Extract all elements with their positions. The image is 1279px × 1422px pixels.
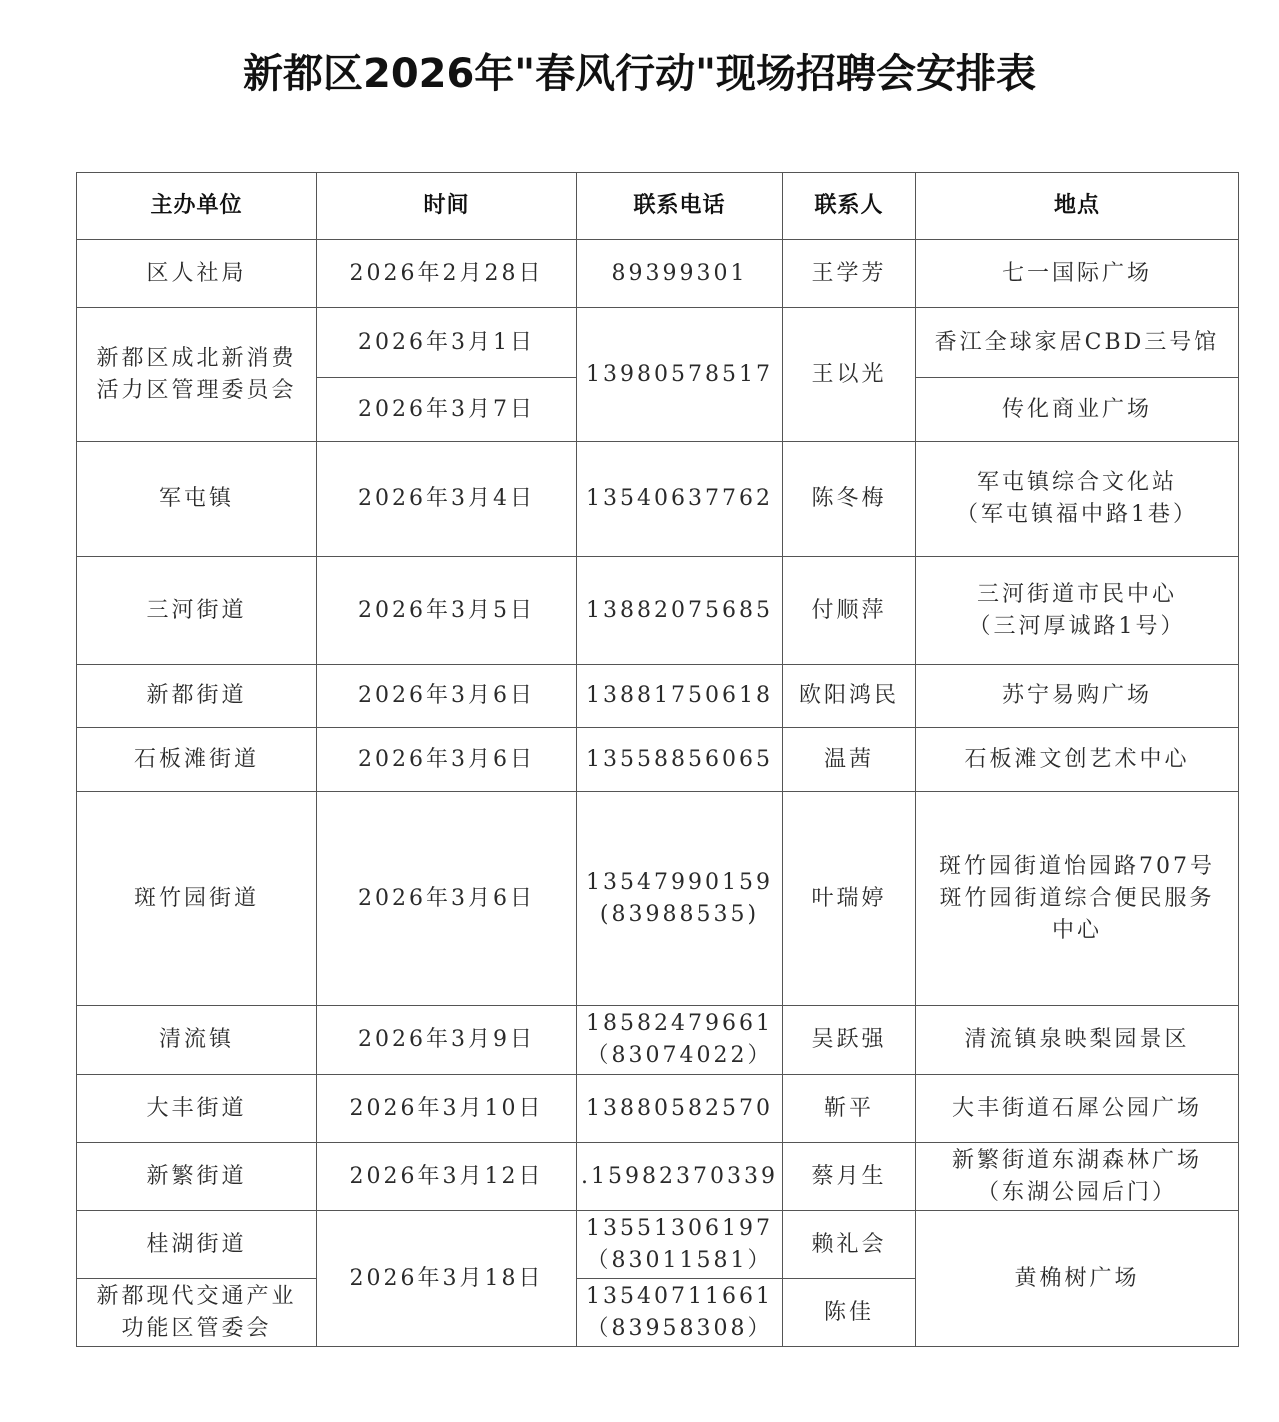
location-line: （东湖公园后门） <box>920 1177 1234 1209</box>
table-row: 区人社局 2026年2月28日 89399301 王学芳 七一国际广场 <box>77 240 1239 308</box>
location-line: 中心 <box>920 915 1234 947</box>
date-cell: 2026年3月5日 <box>317 557 577 665</box>
phone-line: （83011581） <box>581 1245 778 1277</box>
organizer-cell: 新都区成北新消费活力区管理委员会 <box>77 308 317 442</box>
phone-cell: 13880582570 <box>577 1075 783 1143</box>
location-cell: 香江全球家居CBD三号馆 <box>915 308 1238 378</box>
phone-cell: 13547990159 (83988535) <box>577 792 783 1006</box>
organizer-cell: 军屯镇 <box>77 442 317 557</box>
table-row: 新都街道 2026年3月6日 13881750618 欧阳鸿民 苏宁易购广场 <box>77 665 1239 728</box>
header-organizer: 主办单位 <box>77 173 317 240</box>
table-row: 石板滩街道 2026年3月6日 13558856065 温茜 石板滩文创艺术中心 <box>77 728 1239 792</box>
organizer-line: 新都现代交通产业 <box>81 1281 312 1313</box>
contact-cell: 王以光 <box>782 308 915 442</box>
date-cell: 2026年3月18日 <box>317 1211 577 1347</box>
location-line: 新繁街道东湖森林广场 <box>920 1145 1234 1177</box>
date-cell: 2026年3月9日 <box>317 1006 577 1075</box>
phone-line: 13551306197 <box>581 1213 778 1245</box>
location-line: 三河街道市民中心 <box>920 579 1234 611</box>
date-cell: 2026年3月7日 <box>317 378 577 442</box>
date-cell: 2026年3月4日 <box>317 442 577 557</box>
contact-cell: 赖礼会 <box>782 1211 915 1279</box>
location-cell: 军屯镇综合文化站 （军屯镇福中路1巷） <box>915 442 1238 557</box>
organizer-cell: 新都现代交通产业 功能区管委会 <box>77 1279 317 1347</box>
location-cell: 黄桷树广场 <box>915 1211 1238 1347</box>
table-row: 斑竹园街道 2026年3月6日 13547990159 (83988535) 叶… <box>77 792 1239 1006</box>
table-row: 大丰街道 2026年3月10日 13880582570 靳平 大丰街道石犀公园广… <box>77 1075 1239 1143</box>
location-cell: 苏宁易购广场 <box>915 665 1238 728</box>
phone-cell: 13980578517 <box>577 308 783 442</box>
organizer-cell: 石板滩街道 <box>77 728 317 792</box>
organizer-cell: 清流镇 <box>77 1006 317 1075</box>
contact-cell: 靳平 <box>782 1075 915 1143</box>
phone-line: 13540711661 <box>581 1281 778 1313</box>
location-line: 斑竹园街道怡园路707号 <box>920 851 1234 883</box>
header-date: 时间 <box>317 173 577 240</box>
date-cell: 2026年3月12日 <box>317 1143 577 1211</box>
schedule-table: 主办单位 时间 联系电话 联系人 地点 区人社局 2026年2月28日 8939… <box>76 172 1239 1347</box>
organizer-cell: 斑竹园街道 <box>77 792 317 1006</box>
location-cell: 新繁街道东湖森林广场 （东湖公园后门） <box>915 1143 1238 1211</box>
location-cell: 斑竹园街道怡园路707号 斑竹园街道综合便民服务 中心 <box>915 792 1238 1006</box>
organizer-cell: 新都街道 <box>77 665 317 728</box>
phone-line: （83074022） <box>581 1040 778 1072</box>
contact-cell: 温茜 <box>782 728 915 792</box>
phone-line: （83958308） <box>581 1313 778 1345</box>
table-header-row: 主办单位 时间 联系电话 联系人 地点 <box>77 173 1239 240</box>
phone-line: 18582479661 <box>581 1008 778 1040</box>
phone-cell: 18582479661 （83074022） <box>577 1006 783 1075</box>
contact-cell: 蔡月生 <box>782 1143 915 1211</box>
location-line: 斑竹园街道综合便民服务 <box>920 883 1234 915</box>
phone-cell: 13551306197 （83011581） <box>577 1211 783 1279</box>
table-row: 新都区成北新消费活力区管理委员会 2026年3月1日 13980578517 王… <box>77 308 1239 378</box>
organizer-cell: 桂湖街道 <box>77 1211 317 1279</box>
date-cell: 2026年3月10日 <box>317 1075 577 1143</box>
page-title: 新都区2026年"春风行动"现场招聘会安排表 <box>0 44 1279 104</box>
phone-cell: 13540637762 <box>577 442 783 557</box>
table-row: 新繁街道 2026年3月12日 .15982370339 蔡月生 新繁街道东湖森… <box>77 1143 1239 1211</box>
location-cell: 大丰街道石犀公园广场 <box>915 1075 1238 1143</box>
phone-cell: 89399301 <box>577 240 783 308</box>
table-row: 军屯镇 2026年3月4日 13540637762 陈冬梅 军屯镇综合文化站 （… <box>77 442 1239 557</box>
date-cell: 2026年3月6日 <box>317 665 577 728</box>
table-row: 桂湖街道 2026年3月18日 13551306197 （83011581） 赖… <box>77 1211 1239 1279</box>
contact-cell: 付顺萍 <box>782 557 915 665</box>
contact-cell: 欧阳鸿民 <box>782 665 915 728</box>
organizer-cell: 区人社局 <box>77 240 317 308</box>
phone-cell: 13882075685 <box>577 557 783 665</box>
contact-cell: 吴跃强 <box>782 1006 915 1075</box>
contact-cell: 陈佳 <box>782 1279 915 1347</box>
phone-cell: .15982370339 <box>577 1143 783 1211</box>
location-cell: 传化商业广场 <box>915 378 1238 442</box>
organizer-cell: 三河街道 <box>77 557 317 665</box>
header-phone: 联系电话 <box>577 173 783 240</box>
location-cell: 清流镇泉映梨园景区 <box>915 1006 1238 1075</box>
organizer-cell: 新繁街道 <box>77 1143 317 1211</box>
header-location: 地点 <box>915 173 1238 240</box>
phone-cell: 13881750618 <box>577 665 783 728</box>
location-cell: 石板滩文创艺术中心 <box>915 728 1238 792</box>
location-cell: 三河街道市民中心 （三河厚诚路1号） <box>915 557 1238 665</box>
phone-line: 13547990159 <box>581 867 778 899</box>
header-contact: 联系人 <box>782 173 915 240</box>
location-line: （三河厚诚路1号） <box>920 611 1234 643</box>
date-cell: 2026年3月1日 <box>317 308 577 378</box>
phone-cell: 13558856065 <box>577 728 783 792</box>
organizer-line: 功能区管委会 <box>81 1313 312 1345</box>
organizer-cell: 大丰街道 <box>77 1075 317 1143</box>
date-cell: 2026年3月6日 <box>317 792 577 1006</box>
contact-cell: 陈冬梅 <box>782 442 915 557</box>
phone-cell: 13540711661 （83958308） <box>577 1279 783 1347</box>
organizer-text: 新都区成北新消费活力区管理委员会 <box>91 343 303 407</box>
location-line: （军屯镇福中路1巷） <box>920 499 1234 531</box>
location-cell: 七一国际广场 <box>915 240 1238 308</box>
table-row: 清流镇 2026年3月9日 18582479661 （83074022） 吴跃强… <box>77 1006 1239 1075</box>
date-cell: 2026年3月6日 <box>317 728 577 792</box>
phone-line: (83988535) <box>581 899 778 931</box>
date-cell: 2026年2月28日 <box>317 240 577 308</box>
table-row: 三河街道 2026年3月5日 13882075685 付顺萍 三河街道市民中心 … <box>77 557 1239 665</box>
contact-cell: 王学芳 <box>782 240 915 308</box>
location-line: 军屯镇综合文化站 <box>920 467 1234 499</box>
contact-cell: 叶瑞婷 <box>782 792 915 1006</box>
